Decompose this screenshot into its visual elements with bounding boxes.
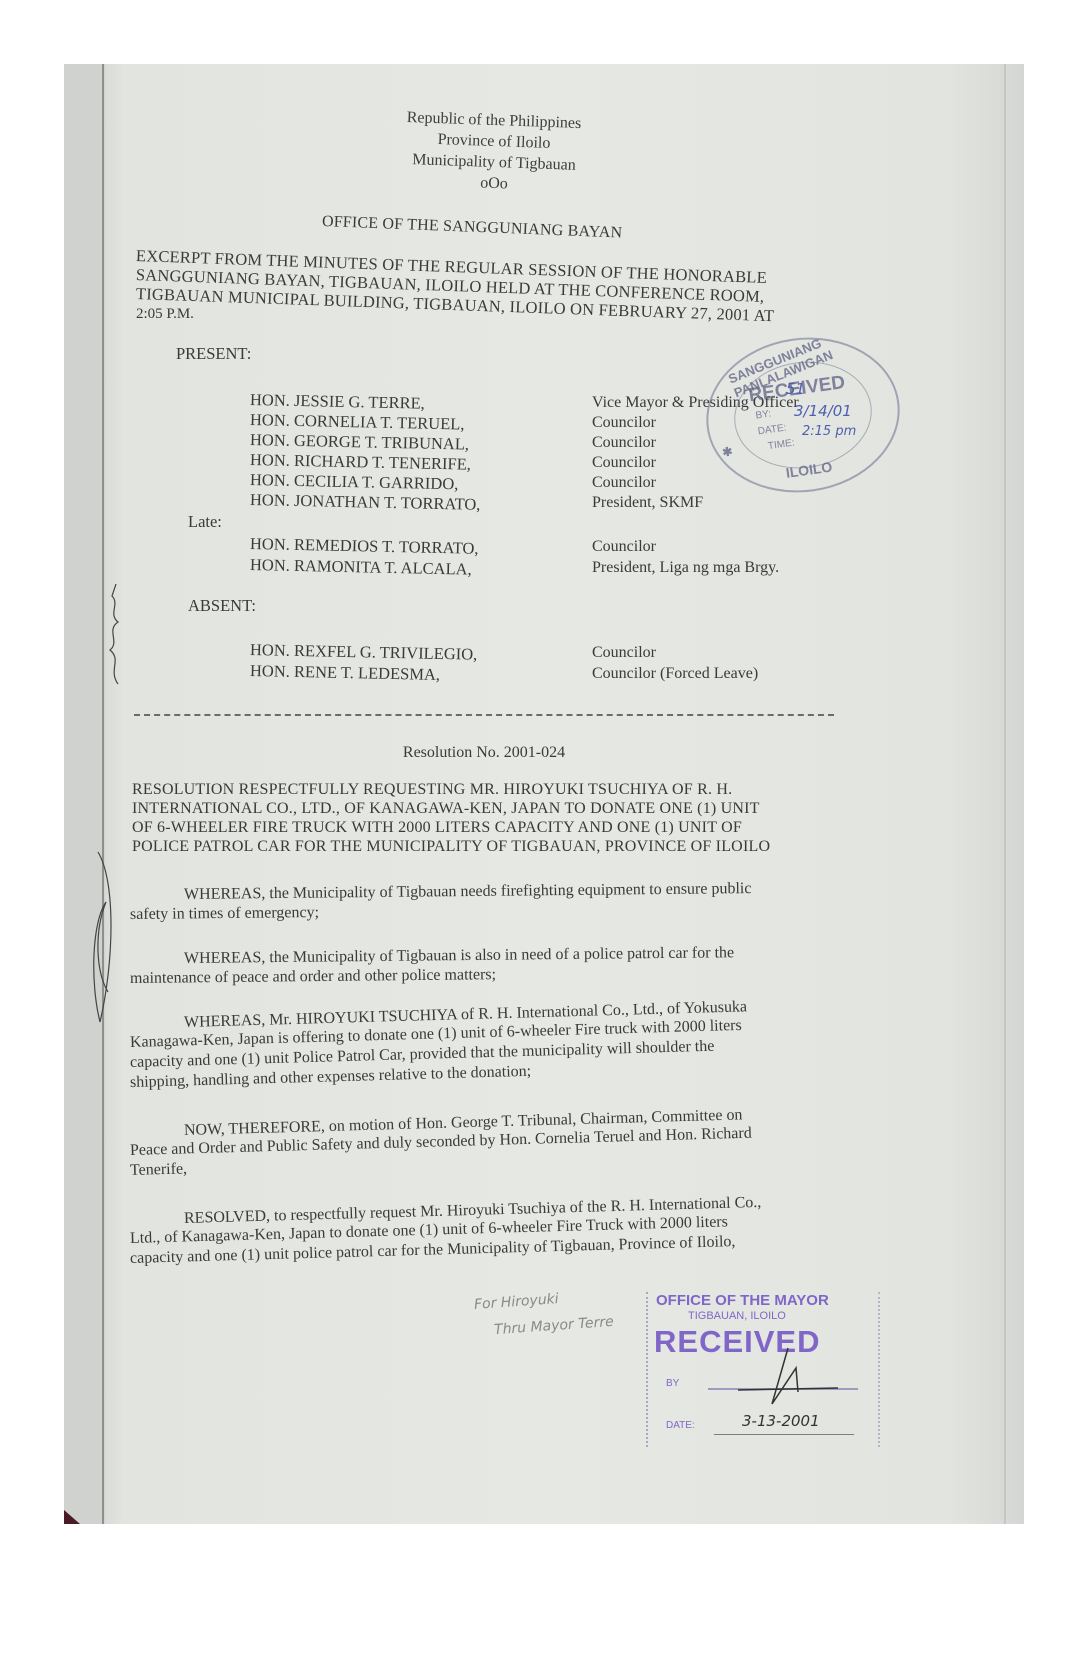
mayor-stamp-location: TIGBAUAN, ILOILO: [688, 1310, 786, 1322]
margin-initials-icon: [86, 842, 116, 1042]
member-position: Councilor: [592, 412, 656, 433]
mayor-stamp-office: OFFICE OF THE MAYOR: [656, 1292, 829, 1309]
handwritten-by: 51: [786, 380, 805, 398]
resolution-document: Republic of the Philippines Province of …: [64, 64, 1024, 1524]
resolution-number: Resolution No. 2001-024: [304, 742, 664, 763]
office-title: OFFICE OF THE SANGGUNIANG BAYAN: [322, 212, 623, 243]
received-stamp-mayor: OFFICE OF THE MAYOR TIGBAUAN, ILOILO REC…: [646, 1292, 880, 1447]
member-name: HON. JONATHAN T. TORRATO,: [250, 490, 481, 515]
late-label: Late:: [188, 512, 222, 532]
handwritten-date: 3/14/01: [794, 402, 852, 420]
present-label: PRESENT:: [176, 344, 251, 364]
pencil-note-line-2: Thru Mayor Terre: [494, 1314, 615, 1338]
excerpt-line-4: 2:05 P.M.: [136, 304, 194, 325]
resolution-title-line: RESOLUTION RESPECTFULLY REQUESTING MR. H…: [132, 780, 732, 799]
paragraph-line: safety in times of emergency;: [130, 902, 319, 925]
paragraph-line: Tenerife,: [130, 1158, 188, 1181]
signature-icon: [728, 1344, 848, 1414]
member-position: President, SKMF: [592, 492, 703, 513]
paragraph-line: maintenance of peace and order and other…: [130, 964, 496, 989]
stamp-by-label: BY:: [755, 408, 772, 421]
resolution-title-line: OF 6-WHEELER FIRE TRUCK WITH 2000 LITERS…: [132, 818, 742, 837]
mayor-stamp-date-line: [714, 1434, 854, 1435]
margin-signature-icon: [100, 580, 130, 690]
member-position: Councilor: [592, 432, 656, 453]
member-name: HON. RAMONITA T. ALCALA,: [250, 555, 472, 580]
document-photo: Republic of the Philippines Province of …: [64, 64, 1024, 1524]
member-position: Councilor: [592, 472, 656, 493]
member-position: Councilor: [592, 452, 656, 473]
mayor-stamp-by-label: BY: [666, 1378, 679, 1389]
member-position: Councilor: [592, 642, 656, 663]
mayor-stamp-date-label: DATE:: [666, 1420, 695, 1431]
resolution-title-line: INTERNATIONAL CO., LTD., OF KANAGAWA-KEN…: [132, 799, 760, 818]
member-name: HON. RENE T. LEDESMA,: [250, 661, 440, 685]
paragraph-line: WHEREAS, the Municipality of Tigbauan ne…: [184, 878, 752, 905]
section-divider: [134, 714, 834, 716]
handwritten-time: 2:15 pm: [802, 424, 856, 439]
star-icon: ✱: [721, 444, 733, 459]
member-position: Councilor (Forced Leave): [592, 663, 758, 684]
absent-label: ABSENT:: [188, 596, 256, 616]
handwritten-received-date: 3-13-2001: [742, 1412, 820, 1430]
resolution-title-line: POLICE PATROL CAR FOR THE MUNICIPALITY O…: [132, 837, 770, 856]
member-position: Councilor: [592, 536, 656, 557]
member-position: President, Liga ng mga Brgy.: [592, 557, 779, 578]
pencil-note-line-1: For Hiroyuki: [474, 1291, 560, 1313]
